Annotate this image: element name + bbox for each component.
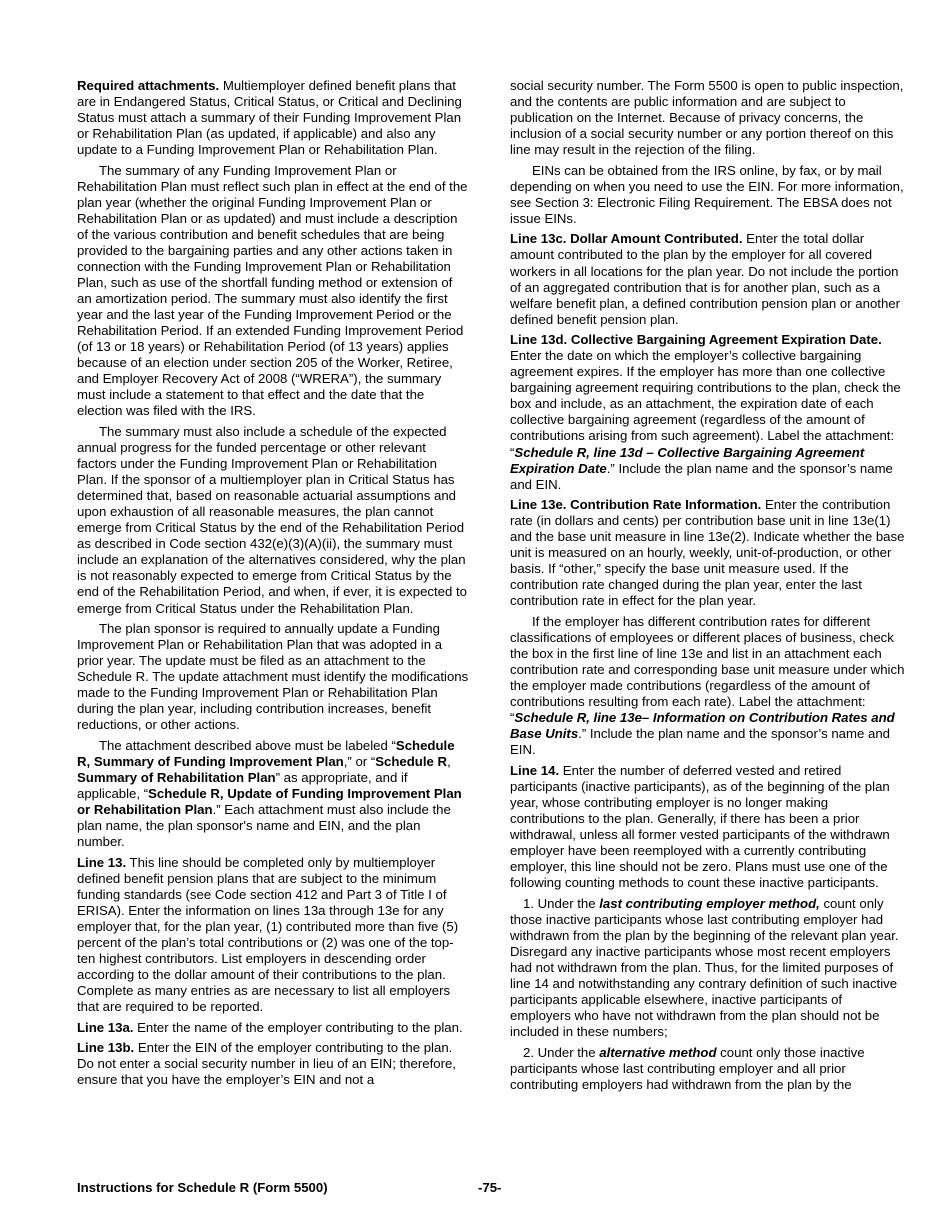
body-text: Enter the number of deferred vested and … — [510, 763, 890, 890]
body-text: Enter the contribution rate (in dollars … — [510, 497, 904, 608]
paragraph: The plan sponsor is required to annually… — [77, 621, 469, 733]
body-text: EINs can be obtained from the IRS online… — [510, 163, 904, 226]
emphasis-text: last contributing employer method, — [599, 896, 820, 911]
paragraph: Line 13e. Contribution Rate Information.… — [510, 497, 905, 609]
paragraph: Line 13d. Collective Bargaining Agreemen… — [510, 332, 905, 492]
body-text: This line should be completed only by mu… — [77, 855, 458, 1014]
emphasis-text: alternative method — [599, 1045, 716, 1060]
body-text: social security number. The Form 5500 is… — [510, 78, 903, 157]
body-text: The attachment described above must be l… — [99, 738, 396, 753]
body-text: Enter the EIN of the employer contributi… — [77, 1040, 456, 1087]
body-text: , — [447, 754, 451, 769]
paragraph: Line 14. Enter the number of deferred ve… — [510, 763, 905, 891]
emphasis-text: Line 13d. Collective Bargaining Agreemen… — [510, 332, 882, 347]
body-text: 2. Under the — [523, 1045, 599, 1060]
footer-document-title: Instructions for Schedule R (Form 5500) — [77, 1180, 328, 1195]
emphasis-text: Line 14. — [510, 763, 559, 778]
body-text: Enter the name of the employer contribut… — [133, 1020, 462, 1035]
body-text: The summary of any Funding Improvement P… — [77, 163, 468, 419]
paragraph: Required attachments. Multiemployer defi… — [77, 78, 469, 158]
emphasis-text: Required attachments. — [77, 78, 219, 93]
emphasis-text: Line 13. — [77, 855, 126, 870]
paragraph: 1. Under the last contributing employer … — [510, 896, 905, 1040]
emphasis-text: Line 13a. — [77, 1020, 133, 1035]
paragraph: If the employer has different contributi… — [510, 614, 905, 758]
emphasis-text: Summary of Rehabilitation Plan — [77, 770, 276, 785]
paragraph: Line 13a. Enter the name of the employer… — [77, 1020, 469, 1036]
body-text: If the employer has different contributi… — [510, 614, 904, 725]
paragraph: EINs can be obtained from the IRS online… — [510, 163, 905, 227]
paragraph: The attachment described above must be l… — [77, 738, 469, 850]
paragraph: 2. Under the alternative method count on… — [510, 1045, 905, 1093]
paragraph: The summary of any Funding Improvement P… — [77, 163, 469, 420]
paragraph: Line 13. This line should be completed o… — [77, 855, 469, 1015]
emphasis-text: Line 13e. Contribution Rate Information. — [510, 497, 761, 512]
body-text: The summary must also include a schedule… — [77, 424, 467, 616]
body-text: The plan sponsor is required to annually… — [77, 621, 468, 732]
paragraph: Line 13b. Enter the EIN of the employer … — [77, 1040, 469, 1088]
emphasis-text: Line 13c. Dollar Amount Contributed. — [510, 231, 743, 246]
page-number: -75- — [478, 1180, 501, 1195]
right-column: social security number. The Form 5500 is… — [510, 78, 905, 1097]
body-text: count only those inactive participants w… — [510, 896, 899, 1039]
paragraph: social security number. The Form 5500 is… — [510, 78, 905, 158]
body-text: ,” or “ — [344, 754, 376, 769]
body-text: 1. Under the — [523, 896, 599, 911]
emphasis-text: Schedule R — [375, 754, 447, 769]
emphasis-text: Line 13b. — [77, 1040, 134, 1055]
paragraph: The summary must also include a schedule… — [77, 424, 469, 617]
paragraph: Line 13c. Dollar Amount Contributed. Ent… — [510, 231, 905, 327]
left-column: Required attachments. Multiemployer defi… — [77, 78, 469, 1093]
body-text: Enter the date on which the employer’s c… — [510, 348, 901, 459]
